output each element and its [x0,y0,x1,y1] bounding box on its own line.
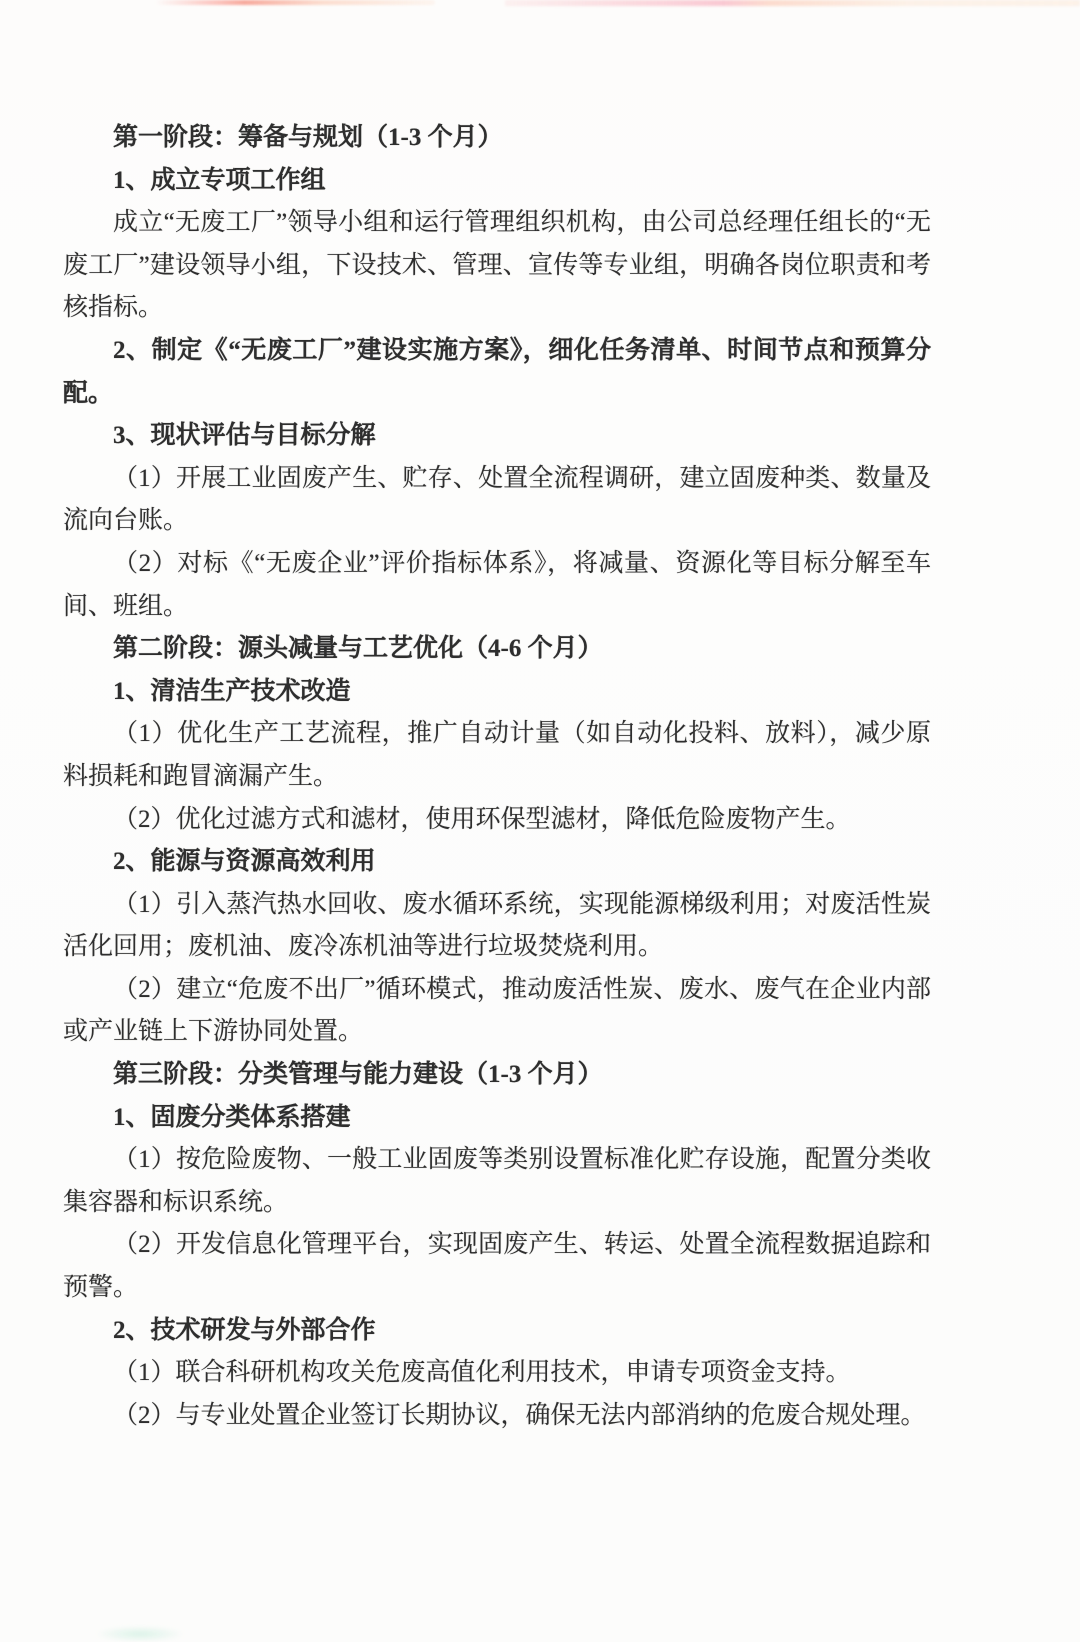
document-text-block: 第一阶段：筹备与规划（1-3 个月）1、成立专项工作组成立“无废工厂”领导小组和… [63,117,931,1437]
section-heading: 1、成立专项工作组 [63,160,931,203]
section-heading: 第二阶段：源头减量与工艺优化（4-6 个月） [63,628,931,671]
section-heading: 2、能源与资源高效利用 [63,841,931,884]
body-paragraph: （1）优化生产工艺流程，推广自动计量（如自动化投料、放料），减少原料损耗和跑冒滴… [63,713,931,798]
body-paragraph: 成立“无废工厂”领导小组和运行管理组织机构，由公司总经理任组长的“无废工厂”建设… [63,202,931,330]
scan-artifact-top-right-streak [505,0,1080,6]
body-paragraph: （1）开展工业固废产生、贮存、处置全流程调研，建立固废种类、数量及流向台账。 [63,458,931,543]
body-paragraph: （1）引入蒸汽热水回收、废水循环系统，实现能源梯级利用；对废活性炭活化回用；废机… [63,884,931,969]
section-heading: 1、固废分类体系搭建 [63,1097,931,1140]
scan-artifact-top-left-streak [155,0,435,5]
section-heading: 1、清洁生产技术改造 [63,671,931,714]
body-paragraph: （2）对标《“无废企业”评价指标体系》，将减量、资源化等目标分解至车间、班组。 [63,543,931,628]
body-paragraph: （1）按危险废物、一般工业固废等类别设置标准化贮存设施，配置分类收集容器和标识系… [63,1139,931,1224]
body-paragraph: （2）建立“危废不出厂”循环模式，推动废活性炭、废水、废气在企业内部或产业链上下… [63,969,931,1054]
body-paragraph: （2）开发信息化管理平台，实现固废产生、转运、处置全流程数据追踪和预警。 [63,1224,931,1309]
body-paragraph: （2）优化过滤方式和滤材，使用环保型滤材，降低危险废物产生。 [63,799,931,842]
body-paragraph: （2）与专业处置企业签订长期协议，确保无法内部消纳的危废合规处理。 [63,1395,931,1438]
section-heading: 2、技术研发与外部合作 [63,1310,931,1353]
section-heading: 第一阶段：筹备与规划（1-3 个月） [63,117,931,160]
section-heading: 3、现状评估与目标分解 [63,415,931,458]
section-heading: 2、制定《“无废工厂”建设实施方案》，细化任务清单、时间节点和预算分配。 [63,330,931,415]
section-heading: 第三阶段：分类管理与能力建设（1-3 个月） [63,1054,931,1097]
body-paragraph: （1）联合科研机构攻关危废高值化利用技术，申请专项资金支持。 [63,1352,931,1395]
scan-artifact-bottom-smudge [95,1626,185,1642]
document-page: 第一阶段：筹备与规划（1-3 个月）1、成立专项工作组成立“无废工厂”领导小组和… [0,0,1080,1642]
